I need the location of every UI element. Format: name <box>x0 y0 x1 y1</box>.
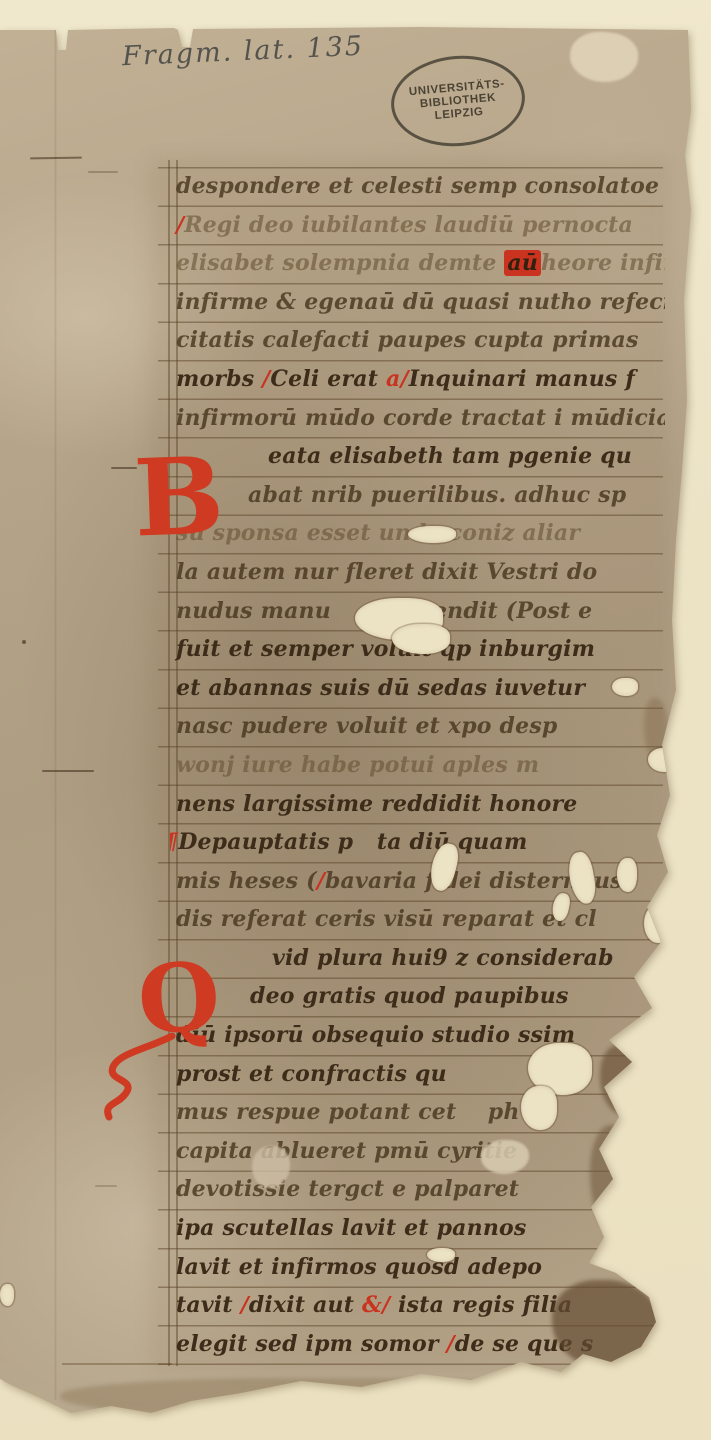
text-segment: eata elisabeth tam pgenie qu <box>268 443 632 469</box>
sewing-slit <box>95 1185 117 1187</box>
parchment-hole <box>0 1284 14 1306</box>
initial-B: B <box>132 442 225 551</box>
manuscript-line: citatis calefacti paupes cupta primas <box>170 321 665 360</box>
manuscript-line: vid plura hui9 z considerab <box>170 939 665 978</box>
text-segment: ipa scutellas lavit et pannos <box>176 1215 527 1241</box>
rubric-segment: ¶ <box>170 829 178 855</box>
margin-ruling-line <box>62 1363 172 1365</box>
text-segment: su sponsa esset unde coniz aliar <box>176 520 580 546</box>
parchment-leaf: despondere et celesti semp consolatoe g∕… <box>0 0 711 1440</box>
manuscript-line: infirmorū mūdo corde tractat i mūdicias <box>170 399 665 438</box>
text-segment: Regi deo iubilantes laudiū pernocta <box>184 212 633 238</box>
manuscript-line: elisabet solempnia demte aūheore infir <box>170 244 665 283</box>
manuscript-line: nens largissime reddidit honore <box>170 785 665 824</box>
text-segment: Depauptatis p ta diū quam <box>178 829 527 855</box>
text-segment: la autem nur fleret dixit Vestri do <box>176 559 597 585</box>
rubric-segment: ∕ <box>317 868 325 894</box>
text-segment: lavit et infirmos quosd adepo <box>176 1254 542 1280</box>
manuscript-line: wonj iure habe potui aples m <box>170 746 665 785</box>
manuscript-line: diū ipsorū obsequio studio ssim <box>170 1016 665 1055</box>
text-segment: infirme & egenaū dū quasi nutho refecit <box>176 289 665 315</box>
text-segment: mus respue potant cet ph <box>176 1099 520 1125</box>
text-segment: nasc pudere voluit et xpo desp <box>176 713 557 739</box>
text-segment: elegit sed ipm somor <box>176 1331 446 1357</box>
tape-residue <box>568 29 641 86</box>
manuscript-line: dis referat ceris visū reparat et cl <box>170 900 665 939</box>
text-segment: despondere et celesti semp consolatoe g <box>176 173 665 199</box>
text-segment: heore infir <box>541 250 665 276</box>
photo-backdrop: despondere et celesti semp consolatoe g∕… <box>0 0 711 1440</box>
rubric-segment: a <box>386 366 400 392</box>
parchment-hole <box>644 905 670 943</box>
text-segment: Celi erat <box>270 366 386 392</box>
text-segment: Inquinari manus f <box>409 366 635 392</box>
text-segment: morbs <box>176 366 262 392</box>
text-segment: devotissie tergct e palparet <box>176 1176 519 1202</box>
fold-crease <box>54 30 57 1400</box>
damage-stain <box>60 1378 620 1420</box>
text-segment: dis referat ceris visū reparat et cl <box>176 906 597 932</box>
text-segment: diū ipsorū obsequio studio ssim <box>176 1022 575 1048</box>
manuscript-line: eata elisabeth tam pgenie qu <box>170 437 665 476</box>
text-segment: wonj iure habe potui aples m <box>176 752 539 778</box>
manuscript-line: infirme & egenaū dū quasi nutho refecit <box>170 283 665 322</box>
ink-fleck <box>22 640 26 644</box>
manuscript-line: nasc pudere voluit et xpo desp <box>170 707 665 746</box>
parchment-hole <box>427 1248 455 1262</box>
text-segment: prost et confractis qu <box>176 1061 447 1087</box>
sewing-slit <box>88 171 118 173</box>
stamp-text-line: LEIPZIG <box>434 105 484 122</box>
manuscript-line: morbs ∕Celi erat a∕Inquinari manus f <box>170 360 665 399</box>
parchment-hole <box>521 1086 557 1130</box>
manuscript-line: ipa scutellas lavit et pannos <box>170 1209 665 1248</box>
shelfmark: Fragm. lat. 135 <box>121 31 364 73</box>
manuscript-line: et abannas suis dū sedas iuvetur <box>170 669 665 708</box>
text-segment: ista regis filia <box>390 1292 572 1318</box>
initial-q-flourish <box>100 1030 184 1126</box>
parchment-hole <box>612 678 638 696</box>
text-segment: abat nrib puerilibus. adhuc sp <box>248 482 626 508</box>
text-segment: capita ablueret pmū cyritie <box>176 1138 517 1164</box>
manuscript-line: mus respue potant cet ph <box>170 1093 665 1132</box>
parchment-hole <box>617 858 637 892</box>
rubric-segment: ∕ <box>241 1292 249 1318</box>
text-segment: mis heses ( <box>176 868 317 894</box>
parchment-hole <box>408 526 456 543</box>
manuscript-line: despondere et celesti semp consolatoe g <box>170 167 665 206</box>
text-segment: citatis calefacti paupes cupta primas <box>176 327 639 353</box>
text-segment: et abannas suis dū sedas iuvetur <box>176 675 585 701</box>
library-stamp: UNIVERSITÄTS- BIBLIOTHEK LEIPZIG <box>387 50 528 151</box>
manuscript-line: ¶Depauptatis p ta diū quam <box>170 823 665 862</box>
manuscript-line: abat nrib puerilibus. adhuc sp <box>170 476 665 515</box>
damage-stain <box>590 1125 640 1235</box>
rubric-segment: &∕ <box>362 1292 390 1318</box>
damage-stain <box>600 1045 645 1115</box>
parchment-hole <box>392 624 450 654</box>
text-segment: fuit et semper voluit qp inburgim <box>176 636 595 662</box>
manuscript-line: la autem nur fleret dixit Vestri do <box>170 553 665 592</box>
text-segment: dixit aut <box>249 1292 362 1318</box>
text-segment: nens largissime reddidit honore <box>176 791 577 817</box>
text-segment: elisabet solempnia demte <box>176 250 504 276</box>
text-segment: infirmorū mūdo corde tractat i mūdicias <box>176 405 665 431</box>
manuscript-line: ∕Regi deo iubilantes laudiū pernocta <box>170 206 665 245</box>
sewing-slit <box>42 770 94 772</box>
text-segment: tavit <box>176 1292 241 1318</box>
rubric-segment: ∕ <box>400 366 408 392</box>
rubric-segment: ∕ <box>446 1331 454 1357</box>
manuscript-line: deo gratis quod paupibus <box>170 977 665 1016</box>
parchment-hole <box>648 748 678 772</box>
rubric-segment: aū <box>504 250 541 276</box>
text-segment: vid plura hui9 z considerab <box>272 945 614 971</box>
leaf-wrapper: despondere et celesti semp consolatoe g∕… <box>0 0 711 1440</box>
rubric-segment: ∕ <box>176 212 184 238</box>
text-segment: deo gratis quod paupibus <box>250 983 569 1009</box>
